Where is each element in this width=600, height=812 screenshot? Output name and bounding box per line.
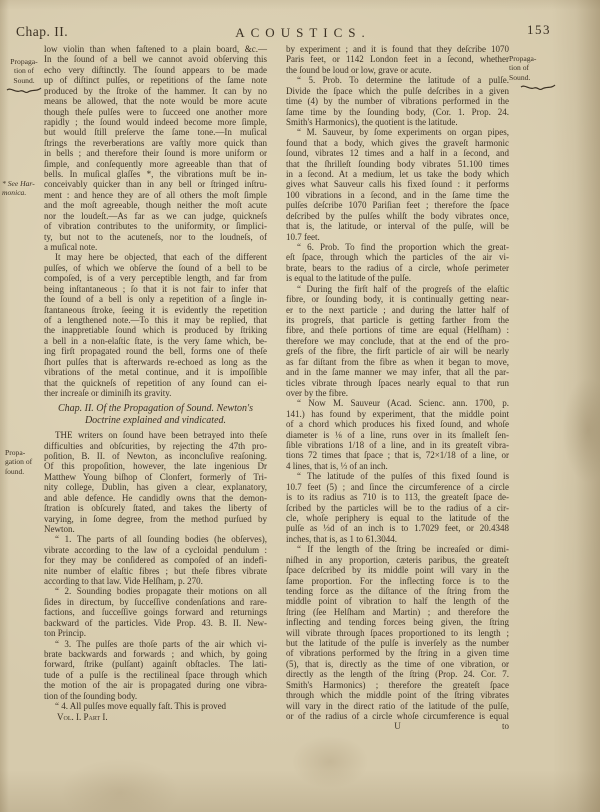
margin-note-line: * See Har-: [2, 179, 46, 188]
text-line: that is, the latitude, or interval of th…: [286, 221, 509, 231]
text-line: ſimple, and conſequently more agreeable …: [44, 159, 267, 169]
margin-note-line: Propaga-: [2, 57, 46, 66]
flourish-brace-icon: [6, 86, 42, 96]
text-line: of a chord which produces his fixed ſoun…: [286, 419, 509, 429]
text-line: by experiment ; and it is found that the…: [286, 44, 509, 54]
paragraph: “ During the firſt half of the progreſs …: [286, 284, 509, 399]
text-line: pulſes deſcribe 1070 Pariſian feet ; the…: [286, 200, 509, 210]
margin-note-line: Propaga-: [509, 54, 567, 63]
text-line: directly as the length of the ſtring (Pr…: [286, 669, 509, 679]
margin-note-line: Propa-: [5, 448, 49, 457]
text-line: of vibrations performed by the ſtring in…: [286, 648, 509, 658]
text-line: in a ſecond. At a medium, let us take th…: [286, 169, 509, 179]
text-line: “ 6. Prob. To find the proportion which …: [286, 242, 509, 252]
text-line: the ſound of a bell is only a repetition…: [44, 294, 267, 304]
paragraph: “ 3. The pulſes are thoſe parts of the a…: [44, 639, 267, 702]
text-line: ſhort pulſes that is afterwards re-echoe…: [44, 357, 267, 367]
text-line: and the moſt agreeable, though neither t…: [44, 200, 267, 210]
text-line: “ During the firſt half of the progreſs …: [286, 284, 509, 294]
text-line: deſcribed by the pulſes whilſt the body …: [286, 211, 509, 221]
paragraph: “ If the length of the ſtring be increaſ…: [286, 544, 509, 721]
text-line: ther increaſe or diminiſh its gravity.: [44, 388, 267, 398]
margin-note-line: ſound.: [5, 467, 49, 476]
text-line: 4 lines, that is, ⅓ of an inch.: [286, 461, 509, 471]
text-line: “ 3. The pulſes are thoſe parts of the a…: [44, 639, 267, 649]
text-line: a muſical note.: [44, 242, 267, 252]
text-line: is equal to the latitude of the pulſe.: [286, 273, 509, 283]
text-line: means be allowed, that the note would be…: [44, 96, 267, 106]
text-line: ton Princip.: [44, 628, 267, 638]
text-line: In the ſound of a bell we cannot avoid o…: [44, 54, 267, 64]
text-line: will vibrate through ſpaces proportioned…: [286, 628, 509, 638]
text-line: difficulties and obſcurities, by rejecti…: [44, 441, 267, 451]
text-line: nity college, Dublin, has given a clear,…: [44, 482, 267, 492]
text-line: varying, in ſome degree, from the method…: [44, 514, 267, 524]
text-line: its progreſs, that particle is getting f…: [286, 315, 509, 325]
text-line: vibrate according to the law of a cycloi…: [44, 545, 267, 555]
paragraph: “ 1. The parts of all ſounding bodies (h…: [44, 534, 267, 586]
margin-note-propagation-of-sound: Propaga-tion ofSound.: [2, 57, 46, 96]
text-line: diameter is ⅛ of a line, runs over in it…: [286, 430, 509, 440]
text-line: “ If the length of the ſtring be increaſ…: [286, 544, 509, 554]
text-line: brate, bears to the radius of a circle, …: [286, 263, 509, 273]
text-line: middle point of vibration to half the le…: [286, 596, 509, 606]
text-line: ing firſt propagated round the bell, for…: [44, 346, 267, 356]
text-line: vibrations of the metal continue, and it…: [44, 367, 267, 377]
text-line: low violin than when faſtened to a plain…: [44, 44, 267, 54]
text-line: ſtring (ſee Helſham and Martin) ; and th…: [286, 607, 509, 617]
paragraph: It may here be objected, that each of th…: [44, 252, 267, 398]
margin-note-line: tion of: [2, 66, 46, 75]
text-line: and able defence. He candidly owns that …: [44, 493, 267, 503]
text-line: “ The latitude of the pulſes of this fix…: [286, 471, 509, 481]
text-line: over by the fibre.: [286, 388, 509, 398]
text-line: produced by the ſtroke of the hammer. It…: [44, 86, 267, 96]
text-line: tude of a pulſe is the rectilineal ſpace…: [44, 670, 267, 680]
margin-note-see-harmonica: * See Har-monica.: [2, 179, 46, 198]
left-text-column: low violin than when faſtened to a plain…: [44, 44, 267, 722]
margin-note-line: monica.: [2, 188, 46, 197]
text-line: ſtrings the reverberations are vaſtly mo…: [44, 138, 267, 148]
text-line: 100 vibrations in a ſecond, and in the ſ…: [286, 190, 509, 200]
footer-line: Uto: [286, 721, 509, 731]
text-line: Chap. II. Of the Propagation of Sound. N…: [44, 403, 267, 414]
text-line: up of diſtinct pulſes, or repetitions of…: [44, 75, 267, 85]
text-line: “ Now M. Sauveur (Acad. Scienc. ann. 170…: [286, 398, 509, 408]
text-line: ſtration is obſcurely ſtated, and takes …: [44, 503, 267, 513]
text-line: ſame proportion. For the inflecting forc…: [286, 576, 509, 586]
text-line: inflecting and tending forces being give…: [286, 617, 509, 627]
text-line: 10.7 feet (5) ; and ſince the circumfere…: [286, 482, 509, 492]
text-line: THE writers on ſound have been betrayed …: [44, 430, 267, 440]
text-line: (5), that is, directly as the time of on…: [286, 659, 509, 669]
paragraph: “ M. Sauveur, by ſome experiments on org…: [286, 127, 509, 242]
text-line: the inappretiable ſound which is produce…: [44, 325, 267, 335]
text-line: nite number of elaſtic fibres ; but theſ…: [44, 566, 267, 576]
paragraph: “ Now M. Sauveur (Acad. Scienc. ann. 170…: [286, 398, 509, 471]
text-line: ſides in directum, by ſucceſſive condenſ…: [44, 597, 267, 607]
text-line: though theſe pulſes were to ſucceed one …: [44, 107, 267, 117]
text-line: through which the middle point of the ſt…: [286, 690, 509, 700]
text-line: nor the loudeſt.—As far as we can judge,…: [44, 211, 267, 221]
text-line: ſame time by the ſounding body, (Cor. 1.…: [286, 107, 509, 117]
text-line: “ 4. All pulſes move equally faſt. This …: [44, 701, 267, 711]
text-line: in bells ; and therefore their ſound is …: [44, 148, 267, 158]
text-line: Newton.: [44, 524, 267, 534]
text-line: but the latitude of the pulſe is inverſe…: [286, 638, 509, 648]
text-line: gives what Sauveur calls his fixed ſound…: [286, 179, 509, 189]
text-line: “ 5. Prob. To determine the latitude of …: [286, 75, 509, 85]
text-line: Of this propoſition, however, the late i…: [44, 461, 267, 471]
text-line: rapidly ; the ſound would indeed become …: [44, 117, 267, 127]
margin-note-line: tion of: [509, 63, 567, 72]
paragraph: THE writers on ſound have been betrayed …: [44, 430, 267, 534]
text-line: but would ſtill preſerve the ſame tone.—…: [44, 127, 267, 137]
text-line: Doctrine explained and vindicated.: [44, 415, 267, 426]
text-line: er to the next particle ; and during the…: [286, 305, 509, 315]
text-line: tending force as the diſtance of the ſtr…: [286, 586, 509, 596]
text-line: will vary in the direct ratio of the lat…: [286, 701, 509, 711]
paragraph: Vol. I. Part I.: [44, 712, 267, 722]
paragraph: low violin than when faſtened to a plain…: [44, 44, 267, 252]
right-text-column: by experiment ; and it is found that the…: [286, 44, 509, 732]
text-line: ty, but not to the acuteneſs, nor to the…: [44, 232, 267, 242]
text-line: inches, that is, as 1 to 61.3044.: [286, 534, 509, 544]
margin-note-line: Sound.: [509, 73, 567, 82]
text-line: 10.7 feet.: [286, 232, 509, 242]
text-line: time (4) by the number of vibrations per…: [286, 96, 509, 106]
text-line: being inſtantaneous ; ſo that it is not …: [44, 284, 267, 294]
paragraph: “ 6. Prob. To find the proportion which …: [286, 242, 509, 284]
text-line: fibre, or ſounding body, it is continual…: [286, 294, 509, 304]
text-line: and in the ſame manner we may infer, tha…: [286, 367, 509, 377]
page-number: 153: [527, 22, 577, 38]
paragraph: “ The latitude of the pulſes of this fix…: [286, 471, 509, 544]
text-line: found that a body, which gives the grave…: [286, 138, 509, 148]
text-line: pulſe as ⅓d of an inch is to 1.7029 feet…: [286, 523, 509, 533]
margin-note-propagation-of-sound-2: Propa-gation ofſound.: [2, 448, 49, 476]
text-line: Vol. I. Part I.: [44, 712, 267, 722]
text-line: a bell in a non-elaſtic ſtate, is the ve…: [44, 336, 267, 346]
text-line: “ 1. The parts of all ſounding bodies (h…: [44, 534, 267, 544]
margin-note-line: gation of: [5, 457, 49, 466]
text-line: compoſed, is of a very perceptible lengt…: [44, 273, 267, 283]
text-line: or of the radius of a circle whoſe circu…: [286, 711, 509, 721]
text-line: conceivably quicker than in any bell or …: [44, 179, 267, 189]
catchword: to: [502, 721, 509, 731]
text-line: Paris feet, or 1142 London feet in a ſec…: [286, 54, 509, 64]
text-line: poſition, B. II. of Newton, as inconcluſ…: [44, 451, 267, 461]
text-line: therefore we may conclude, that at the e…: [286, 336, 509, 346]
text-line: ſcribed by the particles will be to the …: [286, 503, 509, 513]
text-line: bells. In muſical glaſſes *, the vibrati…: [44, 169, 267, 179]
text-line: cle, whoſe periphery is equal to the lat…: [286, 513, 509, 523]
text-line: forward, ſtrike (pulſant) againſt obſtac…: [44, 659, 267, 669]
text-line: “ 2. Sounding bodies propagate their mot…: [44, 586, 267, 596]
text-line: the motion of the air is propagated duri…: [44, 680, 267, 690]
section-heading: Chap. II. Of the Propagation of Sound. N…: [44, 403, 267, 426]
text-line: factions, and ſucceſſive goings forward …: [44, 607, 267, 617]
text-line: ſpace deſcribed by its middle point will…: [286, 565, 509, 575]
text-line: of vibration contributes to the uniformi…: [44, 221, 267, 231]
text-line: ſound, vibrates 12 times and a half in a…: [286, 148, 509, 158]
paragraph: “ 4. All pulſes move equally faſt. This …: [44, 701, 267, 711]
text-line: Smith's Harmonics), the quotient is the …: [286, 117, 509, 127]
text-line: eſt ſpace, through which the particles o…: [286, 252, 509, 262]
text-line: tions 72 times that ſpace ; that is, 72×…: [286, 450, 509, 460]
text-line: Divide the ſpace which the pulſe deſcrib…: [286, 86, 509, 96]
flourish-brace-icon: [520, 83, 556, 93]
text-line: of a lengthened note.—To this it may be …: [44, 315, 267, 325]
text-line: the ſound be loud or low, grave or acute…: [286, 65, 509, 75]
paragraph: by experiment ; and it is found that the…: [286, 44, 509, 75]
text-line: that the quickneſs of repetition of any …: [44, 378, 267, 388]
text-line: 141.) has found by experiment, that the …: [286, 409, 509, 419]
text-line: fibre, and theſe portions of time are eq…: [286, 325, 509, 335]
text-line: It may here be objected, that each of th…: [44, 252, 267, 262]
paragraph: “ 5. Prob. To determine the latitude of …: [286, 75, 509, 127]
text-line: pulſes, of which we obſerve the ſound of…: [44, 263, 267, 273]
text-line: Matthew Young biſhop of Clonfert, former…: [44, 472, 267, 482]
text-line: that the ſhrilleſt ſounding body vibrate…: [286, 159, 509, 169]
text-line: “ M. Sauveur, by ſome experiments on org…: [286, 127, 509, 137]
text-line: according to that law. Vide Helſham, p. …: [44, 576, 267, 586]
text-line: echo very diſtinctly. The ſound appears …: [44, 65, 267, 75]
text-line: ſible vibrations 1/18 of a line, and in …: [286, 440, 509, 450]
text-line: ſtantaneous ſtroke, ſeeing it is evident…: [44, 305, 267, 315]
text-line: tion of the ſounding body.: [44, 691, 267, 701]
signature-mark: U: [286, 721, 509, 731]
text-line: ticles vibrate through ſpaces nearly equ…: [286, 378, 509, 388]
text-line: brate backwards and forwards ; and which…: [44, 649, 267, 659]
running-header-title: ACOUSTICS.: [0, 25, 600, 41]
text-line: ment : and hence they are of all others …: [44, 190, 267, 200]
paragraph: “ 2. Sounding bodies propagate their mot…: [44, 586, 267, 638]
scanned-book-page: { "colors": {"paper": "#d6caac", "ink": …: [0, 0, 600, 812]
text-line: for they may be conſidered as compoſed o…: [44, 555, 267, 565]
text-line: is to its radius as 710 is to 113, the g…: [286, 492, 509, 502]
margin-note-propagation-of-sound-right: Propaga-tion ofSound.: [509, 54, 567, 93]
margin-note-line: Sound.: [2, 76, 46, 85]
text-line: as far diſtant from the fibre as when it…: [286, 357, 509, 367]
text-line: niſhed in any proportion, cæteris paribu…: [286, 555, 509, 565]
text-line: Smith's Harmonics) ; therefore the great…: [286, 680, 509, 690]
text-line: backward of the particles. Vide Prop. 43…: [44, 618, 267, 628]
text-line: greſs of the fibre, the firſt particle o…: [286, 346, 509, 356]
